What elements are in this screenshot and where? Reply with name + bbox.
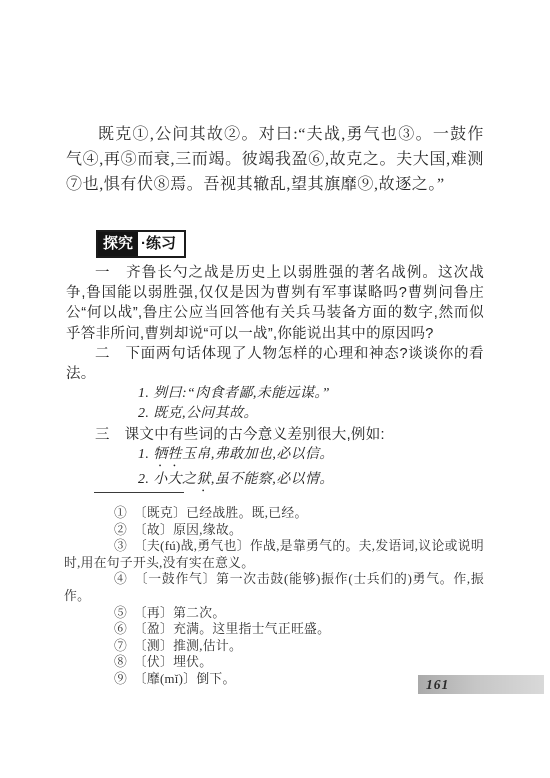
example-text: 2. 小大之 bbox=[138, 472, 196, 487]
example-text: ,虽不能察,必以情。 bbox=[211, 472, 334, 487]
footnote-3: ③ 〔夫(fú)战,勇气也〕作战,是靠勇气的。夫,发语词,议论或说明时,用在句子… bbox=[64, 538, 484, 571]
question-2-example-2: 2. 既克,公问其故。 bbox=[138, 404, 484, 424]
practice-label: ·练习 bbox=[138, 232, 184, 256]
exercise-question-1: 一 齐鲁长勺之战是历史上以弱胜强的著名战例。这次战争,鲁国能以弱胜强,仅仅是因为… bbox=[66, 263, 484, 344]
page-number: 161 bbox=[426, 677, 449, 693]
footnote-7: ⑦ 〔测〕推测,估计。 bbox=[64, 638, 484, 655]
textbook-page: 既克①,公问其故②。对曰:“夫战,勇气也③。一鼓作气④,再⑤而衰,三而竭。彼竭我… bbox=[0, 0, 550, 778]
footnote-2: ② 〔故〕原因,缘故。 bbox=[64, 522, 484, 539]
explore-practice-label: 探究 ·练习 bbox=[96, 230, 186, 258]
footnote-4: ④ 〔一鼓作气〕第一次击鼓(能够)振作(士兵们的)勇气。作,振作。 bbox=[64, 571, 484, 604]
footnote-5: ⑤ 〔再〕第二次。 bbox=[64, 605, 484, 622]
exercise-question-3: 三 课文中有些词的古今意义差别很大,例如: bbox=[66, 425, 484, 445]
exercise-section: 一 齐鲁长勺之战是历史上以弱胜强的著名战例。这次战争,鲁国能以弱胜强,仅仅是因为… bbox=[66, 263, 484, 495]
explore-label-black: 探究 bbox=[98, 232, 138, 256]
example-text: 玉帛,弗敢加也,必以信。 bbox=[182, 447, 334, 462]
footnote-8: ⑧ 〔伏〕埋伏。 bbox=[64, 654, 484, 671]
reading-paragraph: 既克①,公问其故②。对曰:“夫战,勇气也③。一鼓作气④,再⑤而衰,三而竭。彼竭我… bbox=[66, 122, 484, 197]
footnote-1: ① 〔既克〕已经战胜。既,已经。 bbox=[64, 505, 484, 522]
emphasized-word: 牺牲 bbox=[153, 447, 182, 462]
question-2-example-1: 1. 刿曰:“肉食者鄙,未能远谋。” bbox=[138, 384, 484, 404]
emphasized-word: 狱 bbox=[196, 472, 210, 487]
question-3-example-1: 1. 牺牲玉帛,弗敢加也,必以信。 bbox=[138, 445, 484, 470]
question-2-examples: 1. 刿曰:“肉食者鄙,未能远谋。” 2. 既克,公问其故。 bbox=[138, 384, 484, 424]
footnote-6: ⑥ 〔盈〕充满。这里指士气正旺盛。 bbox=[64, 621, 484, 638]
footnote-section: ① 〔既克〕已经战胜。既,已经。 ② 〔故〕原因,缘故。 ③ 〔夫(fú)战,勇… bbox=[64, 492, 484, 688]
example-text: 1. bbox=[138, 447, 153, 462]
footnote-divider bbox=[94, 492, 184, 493]
page-number-bar: 161 bbox=[418, 675, 544, 694]
exercise-question-2: 二 下面两句话体现了人物怎样的心理和神态?谈谈你的看法。 bbox=[66, 344, 484, 384]
question-3-examples: 1. 牺牲玉帛,弗敢加也,必以信。 2. 小大之狱,虽不能察,必以情。 bbox=[138, 445, 484, 495]
